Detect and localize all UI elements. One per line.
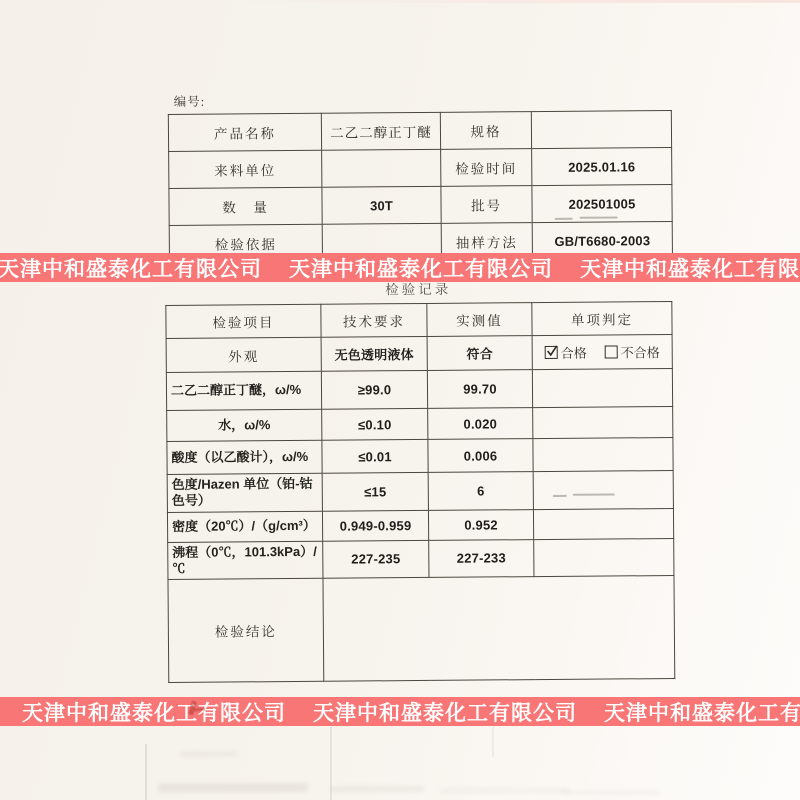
supplier-value	[322, 149, 441, 187]
watermark-text: 天津中和盛泰化工有限公司	[289, 253, 553, 282]
boiling-measured: 227-233	[429, 539, 534, 577]
pen-dash-artifact	[555, 218, 573, 220]
qualified-checkbox-icon	[545, 346, 558, 359]
inspection-table: 检验项目 技术要求 实测值 单项判定 外观 无色透明液体 符合	[165, 301, 675, 683]
row-acidity: 酸度（以乙酸计），ω/% ≤0.01 0.006	[167, 438, 673, 475]
watermark-text: 天津中和盛泰化工有限公司	[313, 697, 577, 726]
water-judgment	[533, 407, 673, 439]
conclusion-value	[323, 576, 675, 682]
product-name-label: 产品名称	[168, 113, 321, 151]
quantity-value: 30T	[322, 186, 441, 224]
inspection-date-value: 2025.01.16	[532, 148, 672, 186]
item-purity: 二乙二醇正丁醚，ω/%	[166, 371, 321, 410]
pen-dash-artifact	[580, 216, 618, 218]
watermark-band-bottom: 天津中和盛泰化工有限公司 天津中和盛泰化工有限公司 天津中和盛泰化工有限公司	[0, 697, 800, 726]
batch-no-label: 批号	[441, 186, 532, 224]
boiling-judgment	[534, 538, 674, 577]
row-appearance: 外观 无色透明液体 符合 合格	[166, 335, 672, 373]
serial-number-label: 编号:	[174, 92, 206, 110]
row-boiling: 沸程（0℃，101.3kPa）/℃ 227-235 227-233	[168, 538, 674, 579]
inspection-date-label: 检验时间	[441, 149, 532, 187]
pen-dash-artifact	[573, 493, 615, 495]
item-density: 密度（20℃）/（g/cm³）	[167, 511, 322, 542]
table-row: 数 量 30T 批号 202501005	[169, 185, 672, 226]
watermark-text: 天津中和盛泰化工有限公司	[0, 253, 262, 282]
appearance-measured: 符合	[427, 336, 532, 371]
item-appearance: 外观	[166, 337, 321, 372]
item-color: 色度/Hazen 单位（铂-钴色号）	[167, 473, 322, 512]
row-purity: 二乙二醇正丁醚，ω/% ≥99.0 99.70	[166, 369, 672, 411]
col-requirement-header: 技术要求	[321, 303, 427, 337]
row-conclusion: 检验结论	[168, 576, 675, 683]
acidity-requirement: ≤0.01	[322, 439, 428, 473]
qualified-option: 合格	[545, 343, 587, 362]
supplier-label: 来料单位	[169, 150, 322, 188]
product-name-value: 二乙二醇正丁醚	[321, 112, 440, 150]
qualified-label: 合格	[561, 343, 587, 362]
col-judgment-header: 单项判定	[532, 302, 672, 336]
color-judgment	[533, 471, 673, 510]
color-requirement: ≤15	[322, 472, 428, 510]
spec-label: 规格	[440, 112, 531, 150]
table-row: 产品名称 二乙二醇正丁醚 规格	[168, 111, 671, 152]
col-measured-header: 实测值	[427, 303, 532, 337]
acidity-judgment	[533, 438, 673, 472]
scanned-inspection-report: 编号: 产品名称 二乙二醇正丁醚 规格 来料单位 检验时间 2025.01.16…	[0, 0, 800, 800]
table-row: 来料单位 检验时间 2025.01.16	[169, 148, 672, 189]
boiling-requirement: 227-235	[323, 540, 429, 578]
item-boiling-range: 沸程（0℃，101.3kPa）/℃	[168, 541, 323, 580]
row-water: 水，ω/% ≤0.10 0.020	[167, 407, 673, 442]
density-requirement: 0.949-0.959	[322, 510, 428, 541]
quantity-label: 数 量	[169, 187, 322, 225]
row-density: 密度（20℃）/（g/cm³） 0.949-0.959 0.952	[167, 508, 673, 542]
density-judgment	[533, 508, 673, 539]
judgment-cell: 合格 不合格	[532, 335, 672, 370]
header-info-table: 产品名称 二乙二醇正丁醚 规格 来料单位 检验时间 2025.01.16 数 量…	[168, 110, 673, 263]
acidity-measured: 0.006	[428, 439, 533, 473]
color-measured: 6	[428, 472, 533, 510]
water-measured: 0.020	[428, 408, 533, 440]
row-color: 色度/Hazen 单位（铂-钴色号） ≤15 6	[167, 471, 673, 512]
unqualified-option: 不合格	[605, 342, 660, 361]
watermark-text: 天津中和盛泰化工有限公司	[580, 253, 800, 282]
item-water: 水，ω/%	[167, 409, 322, 441]
purity-judgment	[532, 369, 672, 408]
watermark-band-top: 天津中和盛泰化工有限公司 天津中和盛泰化工有限公司 天津中和盛泰化工有限公司	[0, 253, 800, 282]
conclusion-label: 检验结论	[168, 578, 324, 682]
watermark-text: 天津中和盛泰化工有限公司	[22, 697, 286, 726]
watermark-text: 天津中和盛泰化工有限公司	[604, 697, 800, 726]
appearance-requirement: 无色透明液体	[321, 336, 427, 371]
pen-dash-artifact	[553, 495, 567, 497]
unqualified-checkbox-icon	[605, 345, 618, 358]
water-requirement: ≤0.10	[322, 408, 428, 440]
item-acidity: 酸度（以乙酸计），ω/%	[167, 440, 322, 474]
density-measured: 0.952	[428, 509, 533, 540]
purity-measured: 99.70	[427, 370, 532, 409]
unqualified-label: 不合格	[621, 342, 660, 361]
purity-requirement: ≥99.0	[321, 370, 427, 409]
spec-value	[531, 111, 671, 149]
paper-content: 编号: 产品名称 二乙二醇正丁醚 规格 来料单位 检验时间 2025.01.16…	[0, 0, 800, 800]
table-header-row: 检验项目 技术要求 实测值 单项判定	[166, 302, 672, 339]
col-item-header: 检验项目	[166, 304, 321, 338]
